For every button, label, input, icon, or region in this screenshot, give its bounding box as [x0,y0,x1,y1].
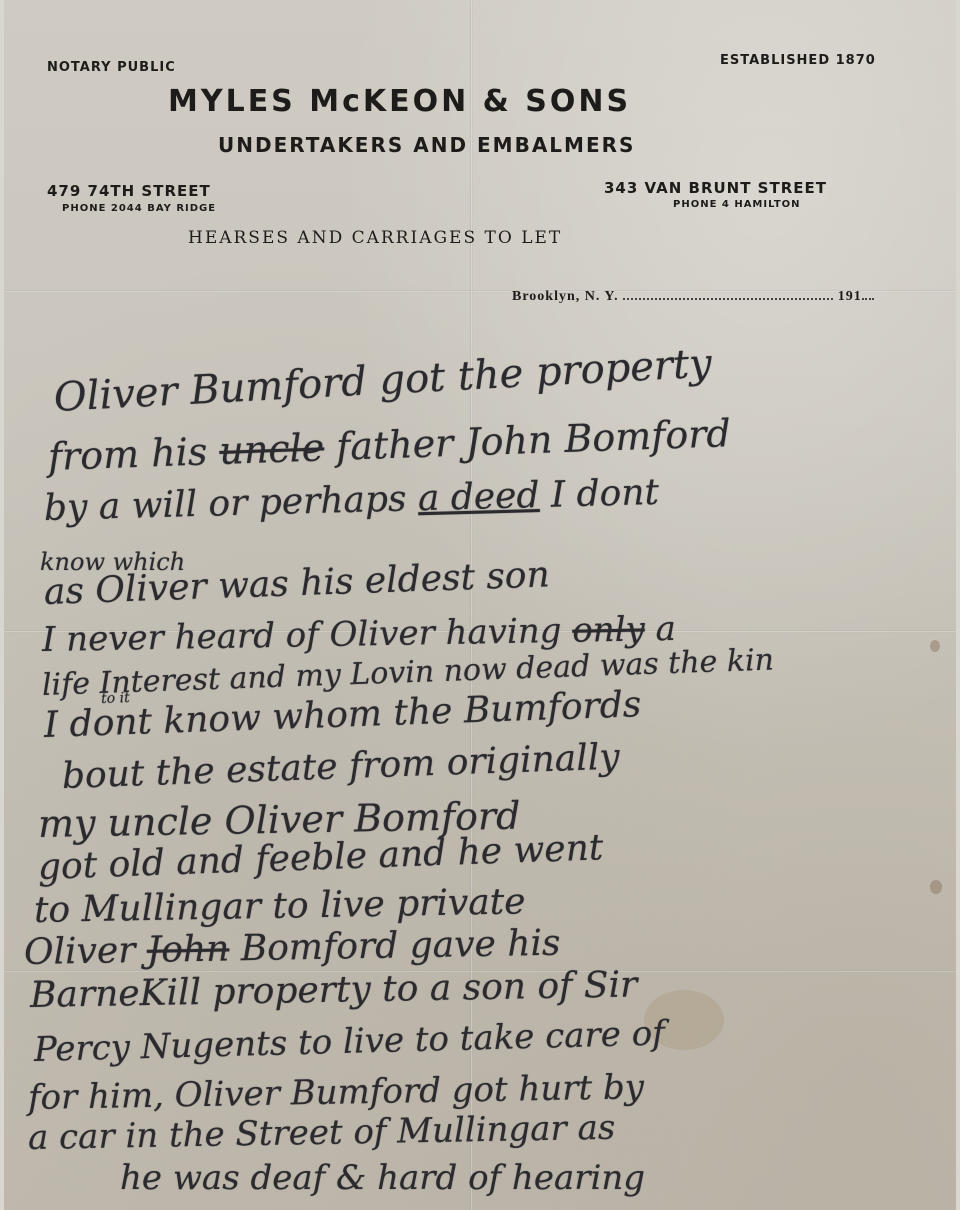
services-line: HEARSES AND CARRIAGES TO LET [188,228,562,248]
underlined-words: a deed [417,475,540,519]
letter-page: NOTARY PUBLIC ESTABLISHED 1870 MYLES McK… [4,0,956,1210]
stain [930,640,940,652]
date-blank [623,298,833,300]
letter-line: by a will or perhaps a deed I dont [43,472,659,529]
dateline-city: Brooklyn, N. Y. [512,289,619,304]
letter-line: Oliver Bumford got the property [53,341,713,421]
established-label: ESTABLISHED 1870 [720,53,876,68]
dateline-year: 191 [838,289,862,304]
struck-word: John [146,928,229,970]
phone-right: PHONE 4 HAMILTON [673,199,801,210]
phone-left: PHONE 2044 BAY RIDGE [62,203,216,214]
letter-line: Percy Nugents to live to take care of [33,1013,665,1070]
stain [930,880,942,894]
struck-word: uncle [219,425,325,473]
letter-line: from his uncle father John Bomford [47,411,731,479]
letter-line: Oliver John Bomford gave his [24,923,561,973]
notary-label: NOTARY PUBLIC [47,60,176,75]
address-left: 479 74TH STREET [47,182,211,200]
letter-line: bout the estate from originally [61,737,620,797]
struck-word: only [572,609,645,650]
letter-line: he was deaf & hard of hearing [120,1158,645,1198]
company-tagline: UNDERTAKERS AND EMBALMERS [218,133,635,157]
dateline: Brooklyn, N. Y. 191 [512,289,874,305]
company-name: MYLES McKEON & SONS [168,84,631,119]
inserted-words: to it [101,690,130,707]
address-right: 343 VAN BRUNT STREET [604,179,827,197]
